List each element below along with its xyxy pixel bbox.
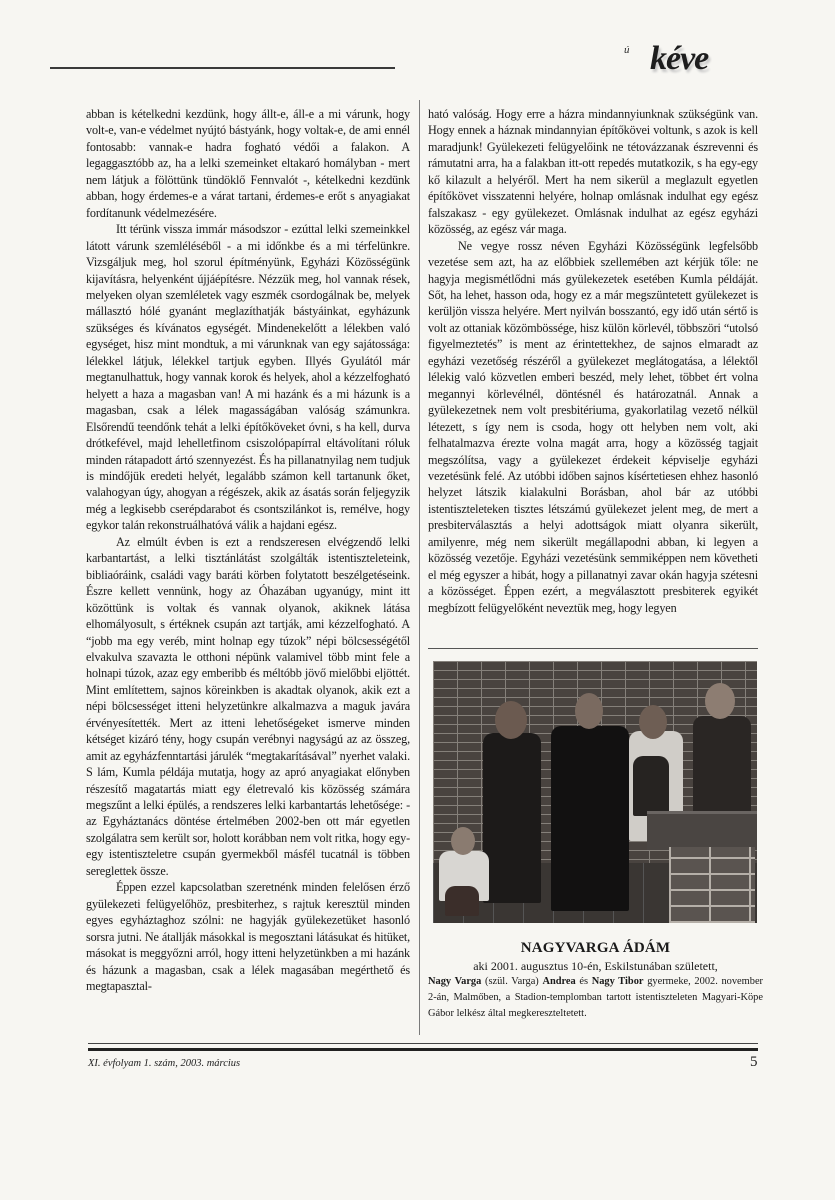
caption-details: Nagy Varga (szül. Varga) Andrea és Nagy … <box>428 974 763 1022</box>
paragraph: Ne vegye rossz néven Egyházi Közösségünk… <box>428 238 758 616</box>
figure-girl-head <box>451 827 475 855</box>
baptismal-font <box>647 811 757 850</box>
caption-name: NAGYVARGA ÁDÁM <box>428 938 763 958</box>
figure-pastor <box>551 726 629 911</box>
caption-parent1: Nagy Varga <box>428 976 481 987</box>
logo-prefix: ú <box>624 44 630 56</box>
footer-issue-info: XI. évfolyam 1. szám, 2003. március <box>88 1058 240 1069</box>
logo-title: kéve <box>650 40 708 78</box>
paragraph: Az elmúlt évben is ezt a rendszeresen el… <box>86 534 410 880</box>
paragraph: Itt térünk vissza immár másodszor - ezút… <box>86 221 410 534</box>
paragraph: abban is kételkedni kezdünk, hogy állt-e… <box>86 106 410 221</box>
photo-separator-rule <box>428 648 758 649</box>
figure-man <box>693 716 751 826</box>
header-rule <box>50 67 395 69</box>
page-number: 5 <box>750 1054 758 1071</box>
figure-mother-head <box>639 705 667 739</box>
caption-parent1-note: (szül. Varga) <box>481 976 542 987</box>
footer-rule <box>88 1043 758 1051</box>
brick-pedestal <box>669 847 755 923</box>
caption-birth-line: aki 2001. augusztus 10-én, Eskilstunában… <box>428 958 763 974</box>
left-column: abban is kételkedni kezdünk, hogy állt-e… <box>86 106 410 994</box>
right-column: ható valóság. Hogy erre a házra mindanny… <box>428 106 758 616</box>
figure-baby <box>633 756 669 816</box>
figure-woman <box>483 733 541 903</box>
paragraph: Éppen ezzel kapcsolatban szeretnénk mind… <box>86 879 410 994</box>
caption-and: és <box>576 976 592 987</box>
figure-girl-skirt <box>445 886 479 916</box>
baptism-photo <box>433 661 757 923</box>
paragraph: ható valóság. Hogy erre a házra mindanny… <box>428 106 758 238</box>
magazine-logo: ú kéve <box>620 40 760 85</box>
photo-caption: NAGYVARGA ÁDÁM aki 2001. augusztus 10-én… <box>428 938 763 1022</box>
caption-parent2: Nagy Tibor <box>592 976 644 987</box>
caption-parent1-first: Andrea <box>542 976 575 987</box>
figure-pastor-head <box>575 693 603 729</box>
figure-man-head <box>705 683 735 719</box>
figure-woman-head <box>495 701 527 739</box>
column-divider <box>419 100 420 1035</box>
